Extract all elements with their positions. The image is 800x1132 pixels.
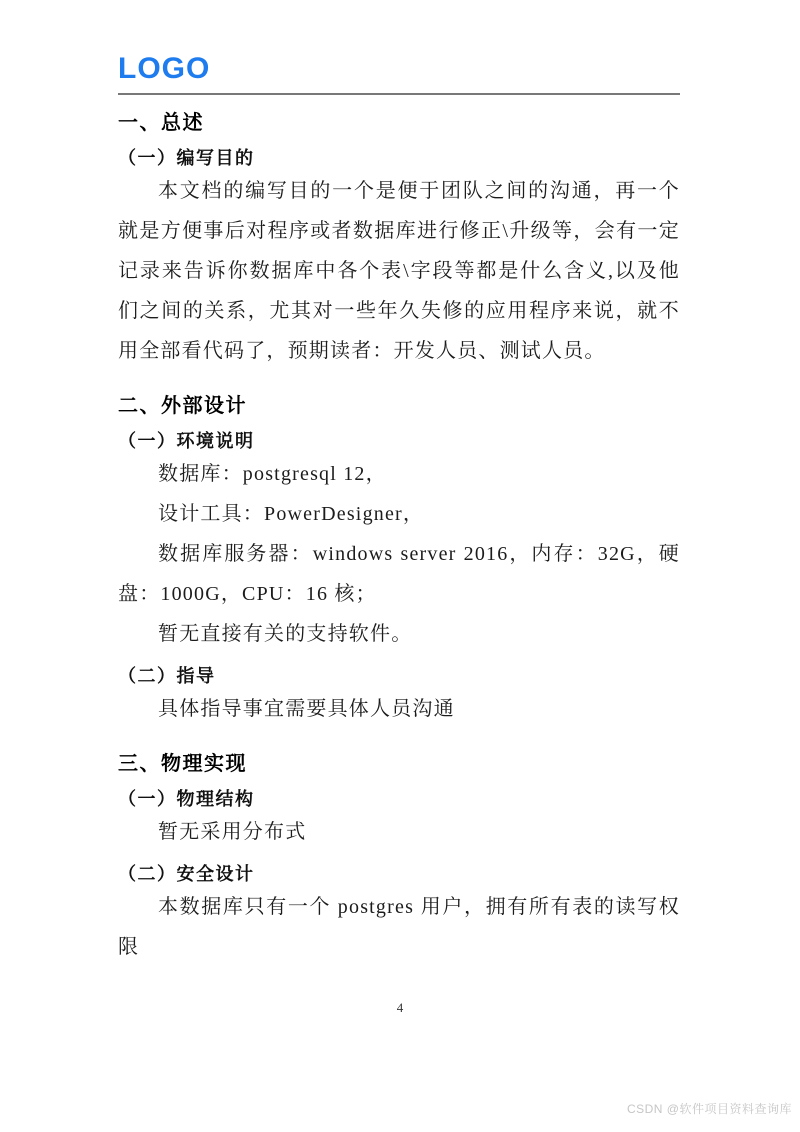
subsection-heading-purpose: （一）编写目的 xyxy=(118,145,680,171)
watermark: CSDN @软件项目资料查询库 xyxy=(627,1100,792,1117)
subsection-heading-environment: （一）环境说明 xyxy=(118,428,680,454)
paragraph-design-tool: 设计工具：PowerDesigner， xyxy=(118,494,680,534)
header-divider xyxy=(118,93,680,95)
document-page: LOGO 一、总述 （一）编写目的 本文档的编写目的一个是便于团队之间的沟通，再… xyxy=(0,0,800,1132)
page-header: LOGO xyxy=(0,0,800,95)
subsection-heading-security-design: （二）安全设计 xyxy=(118,861,680,887)
logo: LOGO xyxy=(118,52,680,86)
paragraph-db-server: 数据库服务器：windows server 2016，内存：32G，硬盘：100… xyxy=(118,534,680,614)
paragraph-physical-structure: 暂无采用分布式 xyxy=(118,812,680,852)
page-number: 4 xyxy=(0,1000,800,1016)
paragraph-support-software: 暂无直接有关的支持软件。 xyxy=(118,614,680,654)
section-heading-overview: 一、总述 xyxy=(118,110,680,136)
paragraph-purpose: 本文档的编写目的一个是便于团队之间的沟通，再一个就是方便事后对程序或者数据库进行… xyxy=(118,171,680,371)
subsection-heading-guidance: （二）指导 xyxy=(118,663,680,689)
document-body: 一、总述 （一）编写目的 本文档的编写目的一个是便于团队之间的沟通，再一个就是方… xyxy=(0,110,800,967)
section-heading-external-design: 二、外部设计 xyxy=(118,393,680,419)
subsection-heading-physical-structure: （一）物理结构 xyxy=(118,786,680,812)
paragraph-security-design: 本数据库只有一个 postgres 用户，拥有所有表的读写权限 xyxy=(118,887,680,967)
section-heading-physical-implementation: 三、物理实现 xyxy=(118,751,680,777)
paragraph-database: 数据库：postgresql 12， xyxy=(118,454,680,494)
paragraph-guidance: 具体指导事宜需要具体人员沟通 xyxy=(118,689,680,729)
